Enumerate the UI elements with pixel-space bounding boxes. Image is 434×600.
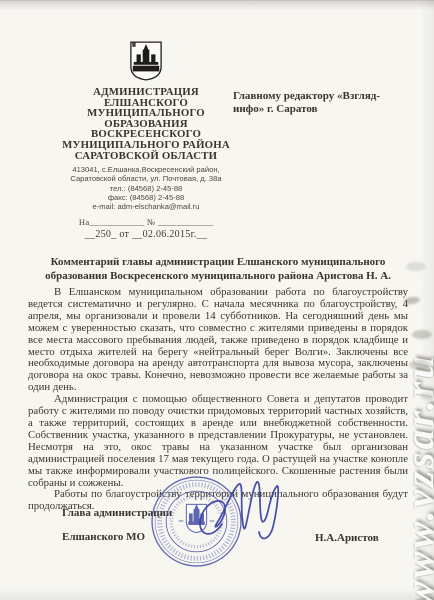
signer-name: Н.А.Аристов <box>315 532 379 544</box>
address-line: 413041, с.Елшанка,Воскресенский район, <box>30 165 262 174</box>
scanned-letter-page: АДМИНИСТРАЦИЯ ЕЛШАНСКОГО МУНИЦИПАЛЬНОГО … <box>0 0 434 600</box>
addressee-line: Главному редактору «Взгляд- <box>233 90 403 103</box>
title-line: образования Воскресенского муниципальног… <box>45 270 391 282</box>
addressee-block: Главному редактору «Взгляд- инфо» г. Сар… <box>233 90 403 116</box>
letter-title: Комментарий главы администрации Елшанско… <box>28 256 408 283</box>
fax-line: факс: (84568) 2-45-88 <box>30 193 262 202</box>
scan-edge-top <box>0 0 434 10</box>
coat-of-arms-icon <box>129 40 163 82</box>
scan-smudge <box>412 330 432 339</box>
phone-line: тел.: (84568) 2-45-88 <box>30 184 262 193</box>
paragraph-1: В Елшанском муниципальном образовании ра… <box>28 287 408 394</box>
scan-smudge <box>420 392 434 400</box>
handwritten-signature <box>188 470 290 560</box>
signer-title-line2: Елшанского МО <box>62 531 145 543</box>
org-address: 413041, с.Елшанка,Воскресенский район, С… <box>30 165 262 211</box>
organization-name: АДМИНИСТРАЦИЯ ЕЛШАНСКОГО МУНИЦИПАЛЬНОГО … <box>30 87 262 161</box>
addressee-line: инфо» г. Саратов <box>233 103 403 116</box>
letterhead: АДМИНИСТРАЦИЯ ЕЛШАНСКОГО МУНИЦИПАЛЬНОГО … <box>30 40 262 240</box>
scan-edge-bottom <box>0 588 434 600</box>
org-name-line: МУНИЦИПАЛЬНОГО РАЙОНА <box>30 140 262 151</box>
org-name-line: САРАТОВСКОЙ ОБЛАСТИ <box>30 151 262 162</box>
outgoing-number-date: __250_ от __02.06.2015г.__ <box>30 229 262 240</box>
reference-line: На____________ № ____________ <box>30 217 262 227</box>
org-name-line: АДМИНИСТРАЦИЯ <box>30 87 262 98</box>
scan-smudge <box>409 360 431 370</box>
scan-smudge <box>406 262 426 271</box>
title-line: Комментарий главы администрации Елшанско… <box>51 256 386 268</box>
email-line: e-mail: adm-elschanka@mail.ru <box>30 202 262 211</box>
address-line: Саратовской области, ул. Почтовая, д. 38… <box>30 174 262 183</box>
site-watermark: www.vzsar.ru <box>396 258 434 600</box>
